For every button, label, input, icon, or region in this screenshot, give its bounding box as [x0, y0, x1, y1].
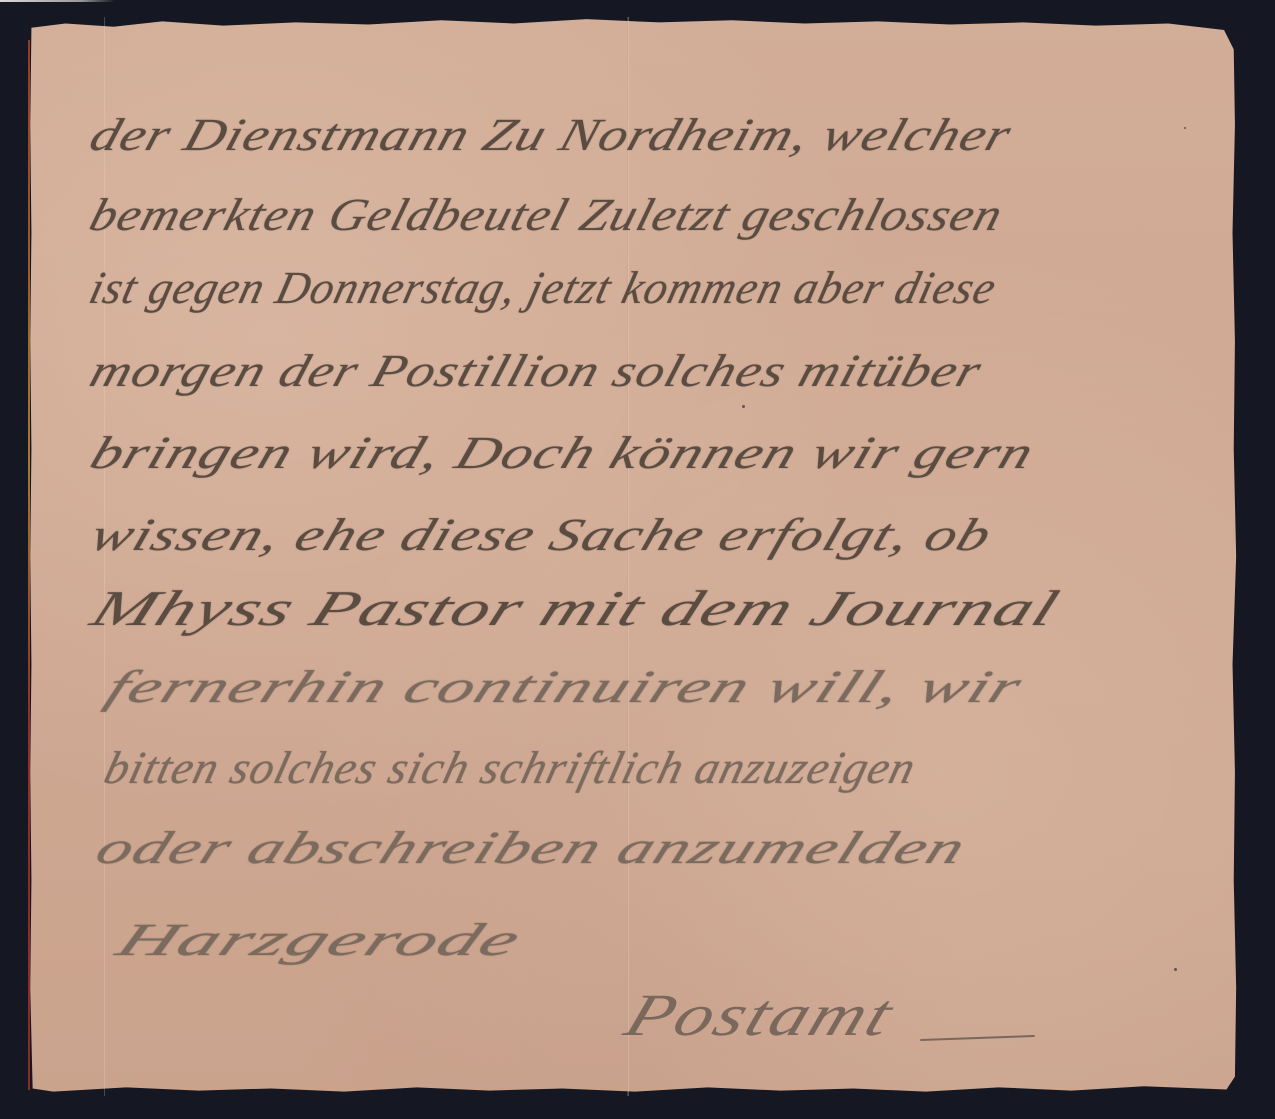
- handwriting-line-9: bitten solches sich schriftlich anzuzeig…: [100, 745, 921, 791]
- handwriting-line-5: bringen wird, Doch können wir gern: [85, 430, 1040, 476]
- ink-speck: [1174, 968, 1177, 971]
- scan-edge-line: [0, 0, 115, 2]
- handwriting-line-4: morgen der Postillion solches mitüber: [85, 348, 987, 394]
- handwriting-line-10: oder abschreiben anzumelden: [90, 825, 973, 871]
- handwriting-line-1: der Dienstmann Zu Nordheim, welcher: [85, 112, 1017, 158]
- handwriting-line-6: wissen, ehe diese Sache erfolgt, ob: [85, 512, 998, 558]
- signature: Postamt: [618, 985, 903, 1045]
- scan-color-artifact: [28, 40, 30, 1090]
- handwriting-line-3: ist gegen Donnerstag, jetzt kommen aber …: [85, 265, 1001, 311]
- ink-speck: [1184, 127, 1186, 129]
- handwriting-line-7: Mhyss Pastor mit dem Journal: [85, 583, 1066, 633]
- handwriting-line-11: Harzgerode: [110, 917, 529, 963]
- handwriting-line-8: fernerhin continuiren will, wir: [100, 664, 1029, 710]
- handwriting-line-2: bemerkten Geldbeutel Zuletzt geschlossen: [85, 192, 1008, 238]
- ink-speck: [742, 405, 745, 408]
